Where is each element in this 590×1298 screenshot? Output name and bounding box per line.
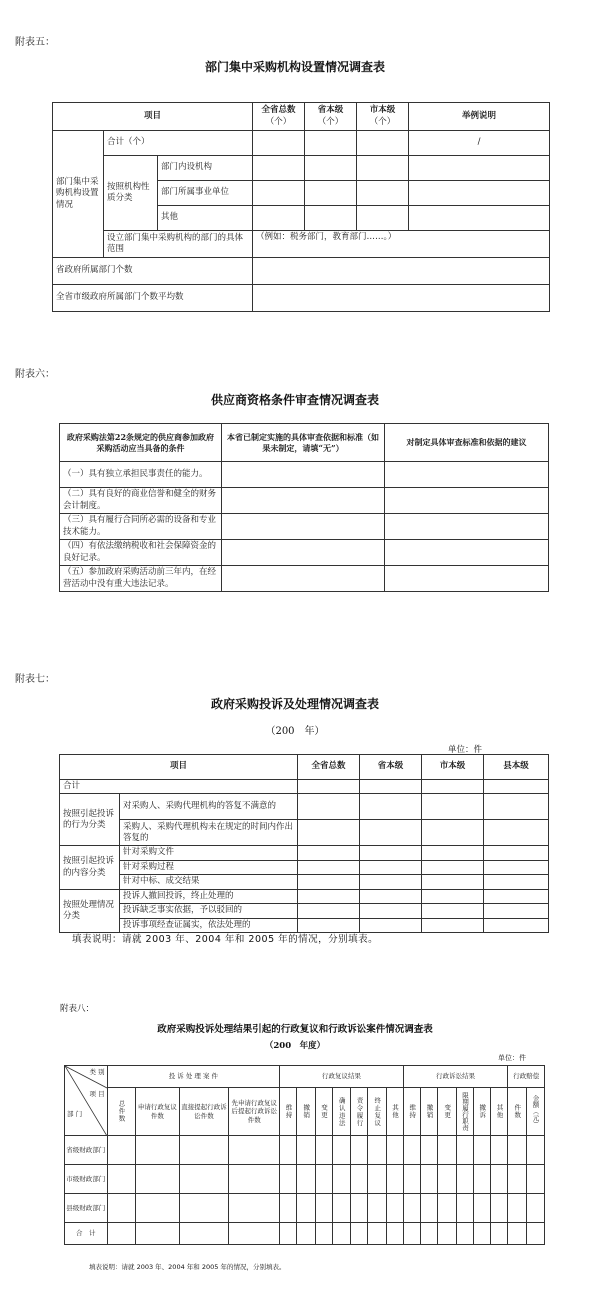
cell[interactable] [473,1136,490,1165]
row-city-avg: 全省市级政府所属部门个数平均数 [53,285,253,312]
header-suggestions: 对制定具体审查标准和依据的建议 [385,424,549,462]
cell[interactable] [403,1165,420,1194]
header-county: 县本级 [484,755,549,780]
item: 对采购人、采购代理机构的答复不满意的 [120,794,298,820]
subgroup-label: 按照机构性质分类 [104,156,158,231]
table8-note: 填表说明：请就 2003 年、2004 年和 2005 年的情况，分别填表。 [89,1262,285,1271]
sum-example: / [409,131,550,156]
scope-label: 设立部门集中采购机构的部门的具体范围 [104,231,253,258]
sum-label: 合计（个） [104,131,253,156]
cell[interactable] [386,1136,403,1165]
cell[interactable] [298,904,360,918]
cell[interactable] [253,156,305,181]
table-row: 县级财政部门 [65,1194,545,1223]
cell[interactable] [107,1136,135,1165]
cell[interactable] [136,1136,180,1165]
condition-row: （一）具有独立承担民事责任的能力。 [60,462,222,488]
cell[interactable] [422,820,484,846]
col-lawsuit: 限期履行职责 [456,1088,473,1136]
cell[interactable] [332,1194,350,1223]
cell[interactable] [332,1165,350,1194]
cell[interactable] [136,1223,180,1245]
cell[interactable] [526,1136,544,1165]
cell[interactable] [484,918,549,932]
item: 针对中标、成交结果 [120,875,298,889]
cell[interactable] [297,1194,315,1223]
table8-unit: 单位：件 [498,1053,526,1063]
header-conditions: 政府采购法第22条规定的供应商参加政府采购活动应当具备的条件 [60,424,222,462]
cell[interactable] [351,1223,368,1245]
cell[interactable] [409,156,550,181]
col-lawsuit: 维持 [403,1088,420,1136]
cell[interactable] [351,1165,368,1194]
cell[interactable] [357,181,409,206]
cell[interactable] [357,131,409,156]
cell[interactable] [297,1165,315,1194]
cell[interactable] [360,904,422,918]
cell[interactable] [508,1136,526,1165]
table5-title: 部门集中采购机构设置情况调查表 [0,58,590,75]
col-lawsuit: 撤诉 [473,1088,490,1136]
table7-year: （200 年） [0,722,590,737]
col-review: 终止复议 [368,1088,386,1136]
cell[interactable] [360,780,422,794]
cell[interactable] [385,462,549,488]
table-row: 省级财政部门 [65,1136,545,1165]
sum-label: 合计 [60,780,298,794]
condition-row: （二）具有良好的商业信誉和健全的财务会计制度。 [60,488,222,514]
header-item: 项目 [53,103,253,131]
cell[interactable] [315,1223,332,1245]
cell[interactable] [298,860,360,874]
cell[interactable] [305,156,357,181]
cell[interactable] [484,794,549,820]
cell[interactable] [280,1136,297,1165]
table7: 项目 全省总数 省本级 市本级 县本级 合计 按照引起投诉的行为分类对采购人、采… [59,754,549,933]
cell[interactable] [421,1194,438,1223]
cell[interactable] [360,889,422,903]
item: 投诉缺乏事实依据，予以驳回的 [120,904,298,918]
cell[interactable] [421,1223,438,1245]
item: 采购人、采购代理机构未在规定的时间内作出答复的 [120,820,298,846]
appendix-5-label: 附表五： [15,33,55,48]
cell[interactable] [508,1194,526,1223]
cell[interactable] [179,1165,229,1194]
table6-title: 供应商资格条件审查情况调查表 [0,391,590,408]
cell[interactable] [315,1136,332,1165]
cell[interactable] [422,860,484,874]
cell[interactable] [386,1223,403,1245]
header-total: 全省总数 [298,755,360,780]
cell[interactable] [438,1194,456,1223]
col-review: 撤销 [297,1088,315,1136]
cell[interactable] [305,131,357,156]
cell[interactable] [422,780,484,794]
cell[interactable] [456,1223,473,1245]
group-lawsuit: 行政诉讼结果 [403,1066,508,1088]
col-review: 变更 [315,1088,332,1136]
cell[interactable] [422,918,484,932]
table7-note: 填表说明：请就 2003 年、2004 年和 2005 年的情况，分别填表。 [72,931,378,945]
cell[interactable] [456,1136,473,1165]
row-label: 省级财政部门 [65,1136,108,1165]
group-label: 按照引起投诉的行为分类 [60,794,120,846]
cell[interactable] [385,566,549,592]
cell[interactable] [456,1194,473,1223]
cell[interactable] [357,206,409,231]
cell[interactable] [298,780,360,794]
group-label: 部门集中采购机构设置情况 [53,131,104,258]
condition-row: （三）具有履行合同所必需的设备和专业技术能力。 [60,514,222,540]
cell[interactable] [253,181,305,206]
cell[interactable] [484,846,549,860]
condition-row: （五）参加政府采购活动前三年内，在经营活动中没有重大违法记录。 [60,566,222,592]
col-review: 其他 [386,1088,403,1136]
group-complaint: 投 诉 处 理 案 件 [107,1066,280,1088]
header-prov: 省本级 [360,755,422,780]
cell[interactable] [253,258,550,285]
cell[interactable] [360,846,422,860]
cell[interactable] [360,875,422,889]
table-row: 合 计 [65,1223,545,1245]
cell[interactable] [438,1165,456,1194]
cell[interactable] [297,1136,315,1165]
table8-year: （200 年度） [0,1039,590,1051]
cell[interactable] [253,206,305,231]
group-label: 按照引起投诉的内容分类 [60,846,120,889]
header-city: 市本级（个） [357,103,409,131]
header-example: 举例说明 [409,103,550,131]
cell[interactable] [491,1165,508,1194]
col-lawsuit: 变更 [438,1088,456,1136]
cell[interactable] [422,904,484,918]
cell[interactable] [179,1194,229,1223]
corner-item: 项 目 [90,1090,105,1098]
cell[interactable] [332,1136,350,1165]
cell[interactable] [473,1165,490,1194]
cell[interactable] [526,1165,544,1194]
cell[interactable] [107,1223,135,1245]
col-lawsuit: 撤销 [421,1088,438,1136]
cell[interactable] [298,820,360,846]
cell[interactable] [222,566,385,592]
col-lawsuit-direct: 直接提起行政诉讼件数 [179,1088,229,1136]
cell[interactable] [385,488,549,514]
cell[interactable] [332,1223,350,1245]
cell[interactable] [368,1165,386,1194]
cell[interactable] [386,1194,403,1223]
cell[interactable] [229,1136,280,1165]
cell[interactable] [526,1194,544,1223]
col-review-then-lawsuit: 先申请行政复议后提起行政诉讼件数 [229,1088,280,1136]
cell[interactable] [222,462,385,488]
item: 投诉人撤回投诉，终止处理的 [120,889,298,903]
cell[interactable] [315,1165,332,1194]
cell[interactable] [484,780,549,794]
cell[interactable] [298,875,360,889]
cell[interactable] [222,514,385,540]
table-row: 市级财政部门 [65,1165,545,1194]
corner-dept: 部 门 [67,1110,82,1118]
cell[interactable] [360,794,422,820]
header-total: 全省总数（个） [253,103,305,131]
cell[interactable] [280,1194,297,1223]
sub-item: 部门所属事业单位 [158,181,253,206]
cell[interactable] [351,1136,368,1165]
cell[interactable] [473,1194,490,1223]
cell[interactable] [107,1165,135,1194]
cell[interactable] [368,1223,386,1245]
header-city: 市本级 [422,755,484,780]
col-review: 确认违法 [332,1088,350,1136]
item: 针对采购文件 [120,846,298,860]
scope-example[interactable]: （例如：税务部门，教育部门……。） [253,231,550,258]
cell[interactable] [456,1165,473,1194]
cell[interactable] [179,1223,229,1245]
cell[interactable] [360,860,422,874]
cell[interactable] [386,1165,403,1194]
cell[interactable] [297,1223,315,1245]
cell[interactable] [385,514,549,540]
row-label: 合 计 [65,1223,108,1245]
cell[interactable] [409,206,550,231]
cell[interactable] [222,488,385,514]
col-review-apply: 申请行政复议件数 [136,1088,180,1136]
col-comp-count: 件数 [508,1088,526,1136]
condition-row: （四）有依法缴纳税收和社会保障资金的良好记录。 [60,540,222,566]
cell[interactable] [484,904,549,918]
col-lawsuit: 其他 [491,1088,508,1136]
cell[interactable] [403,1223,420,1245]
group-review: 行政复议结果 [280,1066,404,1088]
table8: 类 别 项 目 部 门 投 诉 处 理 案 件 行政复议结果 行政诉讼结果 行政… [64,1065,545,1245]
col-review: 维持 [280,1088,297,1136]
appendix-8-label: 附表八： [60,1002,94,1014]
item: 针对采购过程 [120,860,298,874]
cell[interactable] [179,1136,229,1165]
cell[interactable] [351,1194,368,1223]
cell[interactable] [136,1194,180,1223]
header-prov: 省本级（个） [305,103,357,131]
cell[interactable] [422,794,484,820]
cell[interactable] [422,889,484,903]
cell[interactable] [229,1165,280,1194]
col-comp-amount: 金额（元） [526,1088,544,1136]
cell[interactable] [368,1194,386,1223]
cell[interactable] [421,1165,438,1194]
group-label: 按照处理情况分类 [60,889,120,932]
cell[interactable] [305,181,357,206]
cell[interactable] [136,1165,180,1194]
cell[interactable] [491,1194,508,1223]
cell[interactable] [253,285,550,312]
cell[interactable] [229,1223,280,1245]
header-item: 项目 [60,755,298,780]
table7-title: 政府采购投诉及处理情况调查表 [0,695,590,712]
cell[interactable] [222,540,385,566]
row-label: 县级财政部门 [65,1194,108,1223]
cell[interactable] [280,1165,297,1194]
cell[interactable] [473,1223,490,1245]
cell[interactable] [107,1194,135,1223]
sub-item: 部门内设机构 [158,156,253,181]
cell[interactable] [421,1136,438,1165]
cell[interactable] [484,860,549,874]
cell[interactable] [253,131,305,156]
group-compensation: 行政赔偿 [508,1066,545,1088]
cell[interactable] [438,1136,456,1165]
appendix-7-label: 附表七： [15,670,55,685]
cell[interactable] [409,181,550,206]
cell[interactable] [491,1223,508,1245]
cell[interactable] [315,1194,332,1223]
cell[interactable] [305,206,357,231]
cell[interactable] [298,846,360,860]
cell[interactable] [526,1223,544,1245]
cell[interactable] [403,1194,420,1223]
cell[interactable] [298,889,360,903]
row-label: 市级财政部门 [65,1165,108,1194]
table8-title: 政府采购投诉处理结果引起的行政复议和行政诉讼案件情况调查表 [0,1021,590,1035]
row-prov-depts: 省政府所属部门个数 [53,258,253,285]
sub-item: 其他 [158,206,253,231]
cell[interactable] [484,875,549,889]
corner-category: 类 别 [90,1068,105,1076]
corner-header: 类 别 项 目 部 门 [65,1066,108,1136]
cell[interactable] [484,889,549,903]
cell[interactable] [422,846,484,860]
table6: 政府采购法第22条规定的供应商参加政府采购活动应当具备的条件 本省已制定实施的具… [59,423,549,592]
cell[interactable] [403,1136,420,1165]
cell[interactable] [422,875,484,889]
cell[interactable] [484,820,549,846]
cell[interactable] [508,1165,526,1194]
cell[interactable] [508,1223,526,1245]
cell[interactable] [357,156,409,181]
cell[interactable] [491,1136,508,1165]
cell[interactable] [298,794,360,820]
table5: 项目 全省总数（个） 省本级（个） 市本级（个） 举例说明 部门集中采购机构设置… [52,102,550,312]
appendix-6-label: 附表六： [15,365,55,380]
cell[interactable] [280,1223,297,1245]
header-standards: 本省已制定实施的具体审查依据和标准（如果未制定，请填“无”） [222,424,385,462]
cell[interactable] [438,1223,456,1245]
cell[interactable] [360,820,422,846]
col-total: 总件数 [107,1088,135,1136]
cell[interactable] [385,540,549,566]
col-review: 责令履行 [351,1088,368,1136]
cell[interactable] [229,1194,280,1223]
cell[interactable] [368,1136,386,1165]
